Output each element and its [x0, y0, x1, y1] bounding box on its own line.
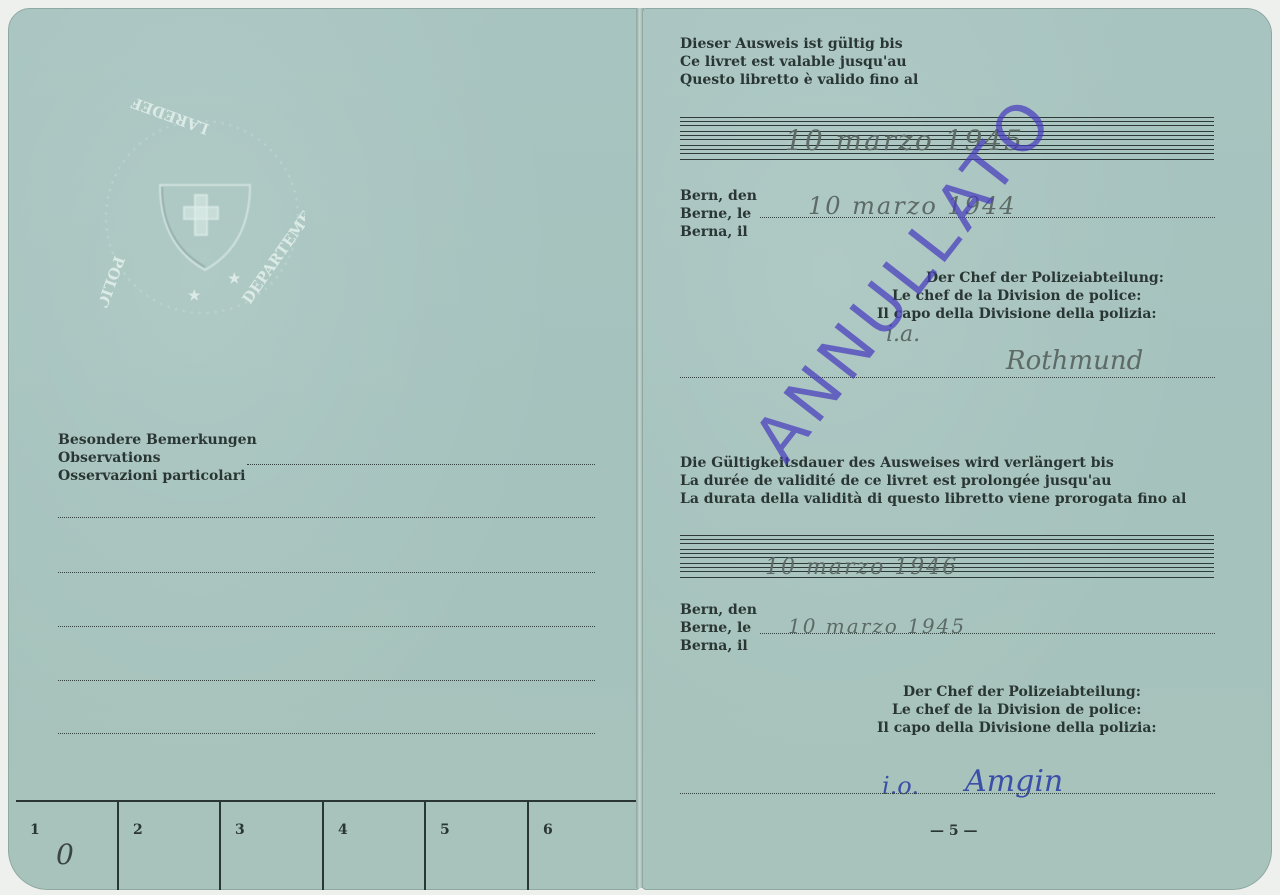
box-number: 6 [543, 822, 553, 838]
box-handwritten: 0 [56, 838, 76, 871]
issued2-line-de: Bern, den [680, 602, 757, 619]
remarks-field-line-3[interactable] [58, 572, 595, 573]
chief1-line-de: Der Chef der Polizeiabteilung: [926, 270, 1164, 287]
svg-text:★: ★ [228, 271, 241, 287]
chief2-signature-field[interactable] [680, 793, 1215, 794]
box-4[interactable]: 4 [322, 802, 324, 890]
remarks-field-line-6[interactable] [58, 733, 595, 734]
svg-text:POLIC: POLIC [100, 254, 128, 311]
box-3[interactable]: 3 [219, 802, 221, 890]
remarks-label-fr: Observations [58, 450, 161, 467]
extension-line-it: La durata della validità di questo libre… [680, 491, 1186, 508]
box-number: 3 [235, 822, 245, 838]
validity-line-fr: Ce livret est valable jusqu'au [680, 54, 907, 71]
box-2[interactable]: 2 [117, 802, 119, 890]
validity-line-de: Dieser Ausweis ist gültig bis [680, 36, 903, 53]
box-number: 5 [440, 822, 450, 838]
remarks-field-line-4[interactable] [58, 626, 595, 627]
issued2-line-fr: Berne, le [680, 620, 751, 637]
issued2-date-handwritten: 10 marzo 1945 [788, 614, 966, 638]
box-number: 1 [30, 822, 40, 838]
embossed-seal-icon: LAREDEF DEPARTEME POLIC ★ ★ [100, 95, 305, 325]
issued-line-de: Bern, den [680, 188, 757, 205]
remarks-field-line-5[interactable] [58, 680, 595, 681]
issued-line-it: Berna, il [680, 224, 748, 241]
remarks-label-it: Osservazioni particolari [58, 468, 245, 485]
numbered-box-row: 1 0 2 3 4 5 6 [16, 800, 636, 890]
box-6[interactable]: 6 [527, 802, 529, 890]
extension-line-de: Die Gültigkeitsdauer des Ausweises wird … [680, 455, 1114, 472]
box-5[interactable]: 5 [424, 802, 426, 890]
svg-text:DEPARTEME: DEPARTEME [239, 208, 305, 308]
chief2-line-fr: Le chef de la Division de police: [892, 702, 1141, 719]
chief2-line-de: Der Chef der Polizeiabteilung: [903, 684, 1141, 701]
chief1-signature: Rothmund [1006, 346, 1143, 376]
chief2-signature-prefix: i.o. [882, 772, 919, 800]
svg-text:★: ★ [188, 288, 201, 304]
remarks-field-line-2[interactable] [58, 517, 595, 518]
chief2-line-it: Il capo della Divisione della polizia: [877, 720, 1157, 737]
issued-line-fr: Berne, le [680, 206, 751, 223]
validity-line-it: Questo libretto è valido fino al [680, 72, 918, 89]
box-1[interactable]: 1 0 [16, 802, 116, 890]
svg-text:LAREDEF: LAREDEF [129, 95, 212, 138]
box-number: 4 [338, 822, 348, 838]
extension-date-handwritten: 10 marzo 1946 [765, 555, 958, 580]
page-number: — 5 — [930, 823, 978, 840]
extension-line-fr: La durée de validité de ce livret est pr… [680, 473, 1111, 490]
remarks-field-line-1[interactable] [247, 464, 595, 465]
chief1-signature-field[interactable] [680, 377, 1215, 378]
issued2-line-it: Berna, il [680, 638, 748, 655]
box-number: 2 [133, 822, 143, 838]
remarks-label-de: Besondere Bemerkungen [58, 432, 257, 449]
